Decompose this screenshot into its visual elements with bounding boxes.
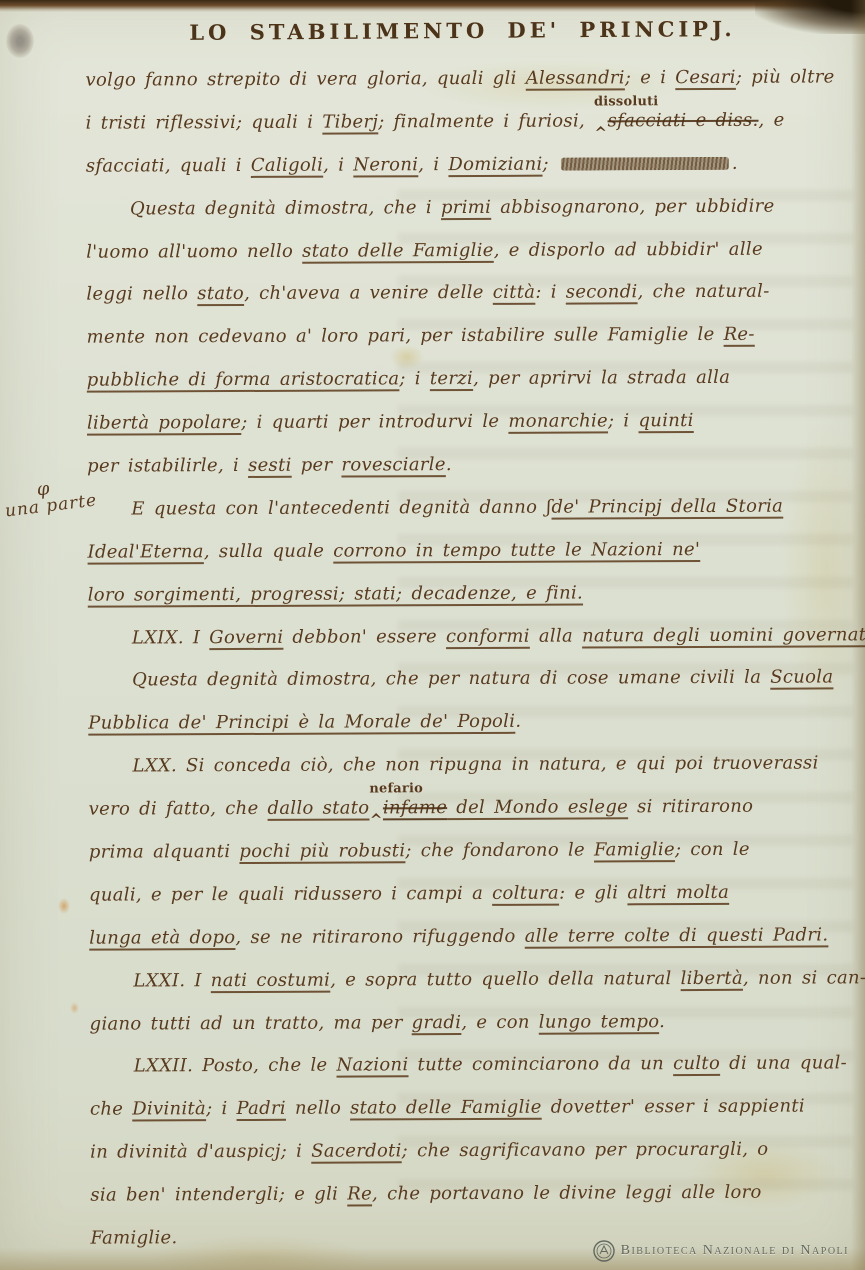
- top-left-blotch: [6, 24, 34, 58]
- text-segment: infame: [383, 797, 447, 818]
- manuscript-line: l'uomo all'uomo nello stato delle Famigl…: [86, 228, 849, 274]
- text-segment: ; con le: [675, 839, 750, 860]
- manuscript-line: volgo fanno strepito di vera gloria, qua…: [85, 56, 848, 102]
- text-segment: Ideal'Eterna: [87, 541, 203, 563]
- text-segment: , se ne ritirarono rifuggendo: [235, 926, 524, 948]
- manuscript-line: Questa degnità dimostra, che i primi abb…: [86, 185, 849, 231]
- text-segment: primi: [441, 197, 491, 218]
- text-segment: ; i: [399, 368, 430, 389]
- text-segment: .: [446, 454, 452, 475]
- text-segment: ; finalmente i furiosi,: [378, 110, 594, 132]
- manuscript-line: LXXI. I nati costumi, e sopra tutto quel…: [89, 957, 852, 1003]
- text-segment: sesti: [248, 455, 292, 476]
- manuscript-line: i tristi riflessivi; quali i Tiberj; fin…: [86, 99, 849, 145]
- insertion-caret: ‸dissoluti: [594, 110, 608, 131]
- margin-note-text: una parte: [4, 490, 98, 521]
- text-segment: abbisognarono, per ubbidire: [491, 195, 774, 217]
- text-segment: , sulla quale: [204, 540, 334, 562]
- text-segment: pubbliche di forma aristocratica: [87, 369, 400, 391]
- text-segment: ; i: [608, 410, 639, 431]
- manuscript-line: lunga età dopo, se ne ritirarono rifugge…: [89, 914, 852, 960]
- text-segment: secondi: [566, 282, 638, 303]
- text-segment: alla: [530, 625, 582, 646]
- text-segment: quali, e per le quali ridussero i campi …: [89, 883, 492, 906]
- text-segment: natura degli uomini governati: [582, 624, 865, 646]
- interlinear-insertion: nefario: [369, 782, 423, 795]
- text-segment: Tiberj: [322, 111, 378, 132]
- text-segment: i tristi riflessivi; quali i: [86, 112, 323, 134]
- text-segment: coltura: [492, 883, 559, 904]
- manuscript-line: Questa degnità dimostra, che per natura …: [88, 657, 851, 703]
- text-segment: Scuola: [770, 667, 833, 688]
- text-segment: in divinità d'auspicj; i: [90, 1141, 311, 1163]
- text-segment: ; che sagrificavano per procurargli, o: [402, 1139, 769, 1162]
- text-segment: Famiglie: [594, 839, 675, 860]
- text-segment: Famiglie.: [90, 1227, 177, 1248]
- text-segment: Pubblica de' Principi è la Morale de' Po…: [88, 711, 515, 734]
- text-segment: sia ben' intendergli; e gli: [90, 1184, 347, 1206]
- text-segment: dovetter' esser i sappienti: [542, 1096, 805, 1118]
- text-segment: .: [515, 711, 521, 732]
- text-segment: Re: [347, 1184, 372, 1205]
- text-segment: alle terre colte di questi Padri.: [525, 924, 829, 946]
- text-segment: ; e i: [625, 67, 676, 88]
- text-segment: stato delle Famiglie: [350, 1097, 542, 1119]
- text-segment: , ch'aveva a venire delle: [244, 282, 493, 304]
- text-segment: Questa degnità dimostra, che i: [130, 197, 441, 219]
- text-segment: conformi: [446, 625, 530, 646]
- text-segment: città: [493, 282, 536, 303]
- margin-note: φ una parte: [2, 476, 98, 521]
- text-segment: quinti: [638, 410, 693, 431]
- text-segment: pochi più robusti: [239, 840, 405, 862]
- library-watermark-text: Biblioteca Nazionale di Napoli: [621, 1243, 849, 1259]
- text-segment: ; i quarti per introdurvi le: [241, 411, 508, 433]
- manuscript-line: quali, e per le quali ridussero i campi …: [89, 871, 852, 917]
- text-segment: Neroni: [353, 154, 418, 175]
- text-segment: , e sopra tutto quello della natural: [330, 968, 680, 991]
- cancelled-scribble: [561, 157, 729, 171]
- text-segment: altri molta: [627, 882, 729, 903]
- manuscript-line: giano tutti ad un tratto, ma per gradi, …: [90, 1000, 853, 1046]
- text-segment: stato: [197, 283, 244, 304]
- text-segment: , e disporlo ad ubbidir' alle: [494, 238, 763, 260]
- text-segment: che: [90, 1099, 132, 1120]
- text-segment: giano tutti ad un tratto, ma per: [90, 1012, 412, 1034]
- text-segment: , e con: [461, 1011, 539, 1032]
- text-segment: dallo stato: [267, 798, 369, 819]
- text-segment: culto: [673, 1053, 720, 1074]
- page-top-edge: [0, 0, 865, 12]
- text-segment: rovesciarle: [341, 454, 445, 475]
- manuscript-line: LXXII. Posto, che le Nazioni tutte comin…: [90, 1043, 853, 1089]
- text-segment: del Mondo eslege: [447, 796, 628, 818]
- text-segment: loro sorgimenti, progressi; stati; decad…: [88, 582, 583, 605]
- text-segment: : i: [535, 282, 566, 303]
- text-segment: volgo fanno strepito di vera gloria, qua…: [85, 68, 525, 91]
- text-segment: LXX. Si conceda ciò, che non ripugna in …: [132, 753, 818, 777]
- manuscript-line: pubbliche di forma aristocratica; i terz…: [87, 357, 850, 403]
- insertion-caret: ‸nefario: [369, 798, 383, 819]
- page-title: LO STABILIMENTO DE' PRINCIPJ.: [120, 16, 805, 46]
- text-segment: nati costumi: [211, 969, 331, 991]
- manuscript-line: prima alquanti pochi più robusti; che fo…: [89, 828, 852, 874]
- manuscript-line: che Divinità; i Padri nello stato delle …: [90, 1086, 853, 1132]
- text-segment: prima alquanti: [89, 841, 240, 863]
- manuscript-line: libertà popolare; i quarti per introdurv…: [87, 399, 850, 445]
- manuscript-line: per istabilirle, i sesti per rovesciarle…: [87, 442, 850, 488]
- text-segment: gradi: [412, 1012, 462, 1033]
- text-segment: Caligoli: [251, 154, 323, 175]
- text-segment: Nazioni: [336, 1055, 408, 1076]
- text-segment: de' Principj della Storia: [551, 496, 783, 518]
- library-watermark: Biblioteca Nazionale di Napoli: [593, 1240, 849, 1262]
- manuscript-line: sia ben' intendergli; e gli Re, che port…: [90, 1171, 853, 1217]
- text-segment: , e: [758, 110, 784, 131]
- text-segment: Sacerdoti: [311, 1141, 402, 1162]
- text-segment: libertà: [681, 968, 743, 989]
- text-segment: nello: [286, 1098, 350, 1119]
- text-segment: lungo tempo: [539, 1011, 659, 1033]
- text-segment: lunga età dopo: [89, 927, 235, 949]
- text-segment: Questa degnità dimostra, che per natura …: [132, 667, 770, 691]
- text-segment: corrono in tempo tutte le Nazioni ne': [333, 539, 700, 562]
- text-segment: , che portavano le divine leggi alle lor…: [372, 1182, 762, 1205]
- text-segment: si ritirarono: [628, 796, 753, 818]
- text-segment: per: [292, 455, 342, 476]
- text-segment: , i: [323, 154, 353, 175]
- manuscript-page: LO STABILIMENTO DE' PRINCIPJ. φ una part…: [0, 0, 865, 1270]
- text-segment: ; i: [206, 1098, 237, 1119]
- text-segment: Cesari: [675, 67, 736, 88]
- text-segment: Domiziani: [448, 153, 542, 174]
- manuscript-line: vero di fatto, che dallo stato‸nefarioin…: [89, 785, 852, 831]
- text-segment: .: [659, 1011, 665, 1032]
- text-segment: per istabilirle, i: [87, 455, 248, 477]
- manuscript-line: sfacciati, quali i Caligoli, i Neroni, i…: [86, 142, 849, 188]
- manuscript-line: leggi nello stato, ch'aveva a venire del…: [86, 271, 849, 317]
- manuscript-line: E questa con l'antecedenti degnità danno…: [87, 485, 850, 531]
- text-segment: ; più oltre: [736, 66, 835, 87]
- text-segment: Divinità: [132, 1099, 206, 1120]
- text-segment: terzi: [430, 368, 473, 389]
- text-segment: Padri: [236, 1098, 286, 1119]
- manuscript-line: Pubblica de' Principi è la Morale de' Po…: [88, 700, 851, 746]
- text-segment: , non si can-: [743, 967, 865, 989]
- text-segment: ;: [542, 153, 557, 174]
- text-segment: di una qual-: [720, 1053, 847, 1075]
- text-segment: monarchie: [508, 411, 608, 432]
- text-segment: Alessandri: [526, 67, 625, 88]
- manuscript-line: LXIX. I Governi debbon' essere conformi …: [88, 614, 851, 660]
- manuscript-line: LXX. Si conceda ciò, che non ripugna in …: [88, 743, 851, 789]
- manuscript-lines: volgo fanno strepito di vera gloria, qua…: [85, 56, 853, 1260]
- text-segment: Governi: [209, 626, 283, 647]
- text-segment: mente non cedevano a' loro pari, per ist…: [87, 324, 724, 348]
- text-segment: LXIX. I: [132, 627, 209, 648]
- manuscript-line: Ideal'Eterna, sulla quale corrono in tem…: [87, 528, 850, 574]
- text-segment: tutte cominciarono da un: [408, 1054, 673, 1076]
- text-segment: sfacciati, quali i: [86, 155, 251, 177]
- text-segment: stato delle Famiglie: [302, 239, 494, 261]
- text-segment: l'uomo all'uomo nello: [86, 240, 302, 262]
- text-segment: : e gli: [559, 882, 627, 903]
- text-segment: Re-: [724, 324, 755, 345]
- manuscript-line: loro sorgimenti, progressi; stati; decad…: [88, 571, 851, 617]
- library-logo-icon: [593, 1240, 615, 1262]
- text-segment: .: [732, 153, 738, 174]
- text-segment: sfacciati e diss.: [608, 110, 759, 132]
- text-segment: LXXI. I: [133, 970, 210, 991]
- text-segment: vero di fatto, che: [89, 798, 268, 820]
- text-segment: libertà popolare: [87, 412, 241, 434]
- interlinear-insertion: dissoluti: [594, 95, 659, 108]
- text-segment: E questa con l'antecedenti degnità danno: [131, 497, 546, 520]
- text-segment: debbon' essere: [283, 626, 446, 648]
- text-segment: leggi nello: [86, 284, 197, 305]
- text-segment: LXXII. Posto, che le: [134, 1055, 337, 1077]
- text-segment: , per aprirvi la strada alla: [473, 367, 730, 389]
- text-segment: ; che fondarono le: [405, 839, 594, 861]
- manuscript-line: in divinità d'auspicj; i Sacerdoti; che …: [90, 1129, 853, 1175]
- text-segment: , i: [418, 154, 448, 175]
- text-segment: , che natural-: [638, 281, 770, 303]
- manuscript-line: mente non cedevano a' loro pari, per ist…: [87, 314, 850, 360]
